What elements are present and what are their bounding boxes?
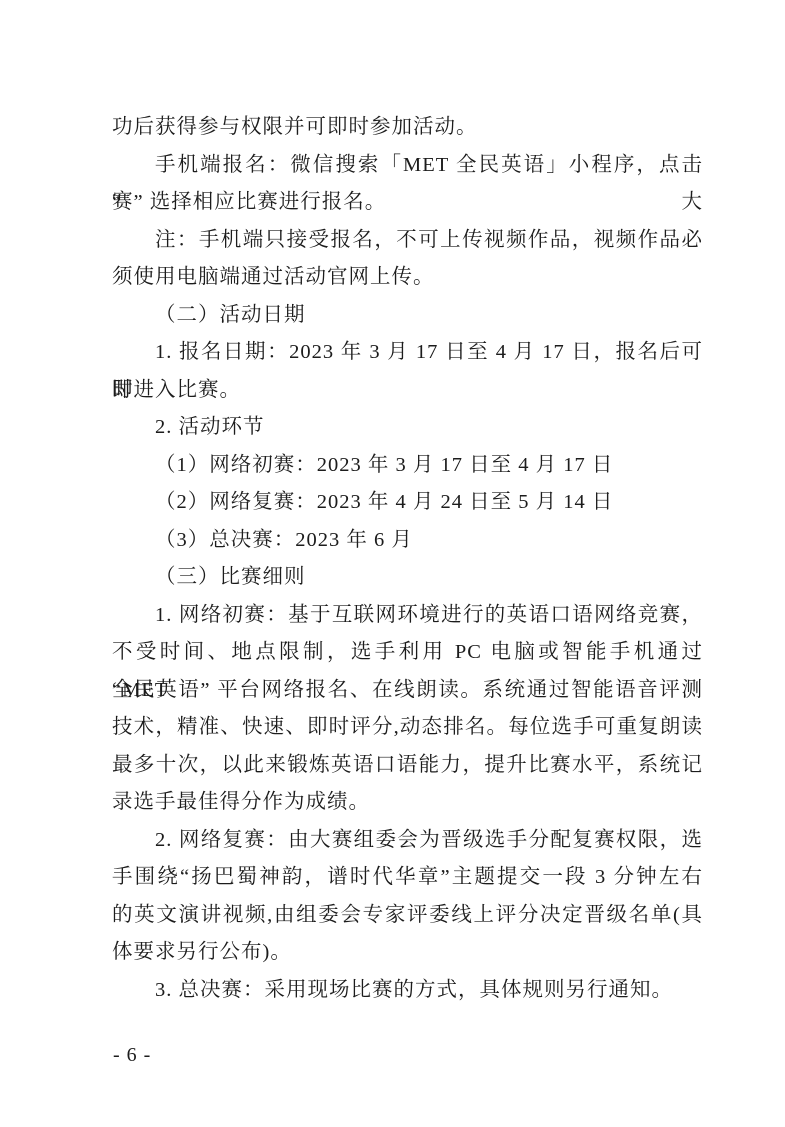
text-line: 1. 报名日期：2023 年 3 月 17 日至 4 月 17 日，报名后可即	[112, 334, 703, 372]
text-line: 功后获得参与权限并可即时参加活动。	[112, 109, 703, 147]
text-line: 3. 总决赛：采用现场比赛的方式，具体规则另行通知。	[112, 972, 703, 1010]
text-line: 不受时间、地点限制，选手利用 PC 电脑或智能手机通过 “MET	[112, 634, 703, 672]
text-line: 最多十次，以此来锻炼英语口语能力，提升比赛水平，系统记	[112, 747, 703, 785]
text-line: 的英文演讲视频,由组委会专家评委线上评分决定晋级名单(具	[112, 897, 703, 935]
text-line: 手机端报名：微信搜索「MET 全民英语」小程序，点击“大	[112, 147, 703, 185]
text-line: 注：手机端只接受报名，不可上传视频作品，视频作品必	[112, 222, 703, 260]
section-heading: （二）活动日期	[112, 297, 703, 335]
text-line: （2）网络复赛：2023 年 4 月 24 日至 5 月 14 日	[112, 484, 703, 522]
text-line: 技术，精准、快速、即时评分,动态排名。每位选手可重复朗读	[112, 709, 703, 747]
text-line: 录选手最佳得分作为成绩。	[112, 784, 703, 822]
page-number: - 6 -	[113, 1040, 151, 1070]
text-line: 2. 活动环节	[112, 409, 703, 447]
section-heading: （三）比赛细则	[112, 559, 703, 597]
text-line: 手围绕“扬巴蜀神韵，谱时代华章”主题提交一段 3 分钟左右	[112, 859, 703, 897]
text-line: 体要求另行公布)。	[112, 934, 703, 972]
document-body: 功后获得参与权限并可即时参加活动。 手机端报名：微信搜索「MET 全民英语」小程…	[112, 109, 703, 1009]
text-line: 1. 网络初赛：基于互联网环境进行的英语口语网络竞赛，	[112, 597, 703, 635]
text-line: 全民英语” 平台网络报名、在线朗读。系统通过智能语音评测	[112, 672, 703, 710]
text-line: （1）网络初赛：2023 年 3 月 17 日至 4 月 17 日	[112, 447, 703, 485]
document-page: 功后获得参与权限并可即时参加活动。 手机端报名：微信搜索「MET 全民英语」小程…	[0, 0, 785, 1127]
text-line: 时进入比赛。	[112, 372, 703, 410]
text-line: （3）总决赛：2023 年 6 月	[112, 522, 703, 560]
text-line: 2. 网络复赛：由大赛组委会为晋级选手分配复赛权限，选	[112, 822, 703, 860]
text-line: 须使用电脑端通过活动官网上传。	[112, 259, 703, 297]
